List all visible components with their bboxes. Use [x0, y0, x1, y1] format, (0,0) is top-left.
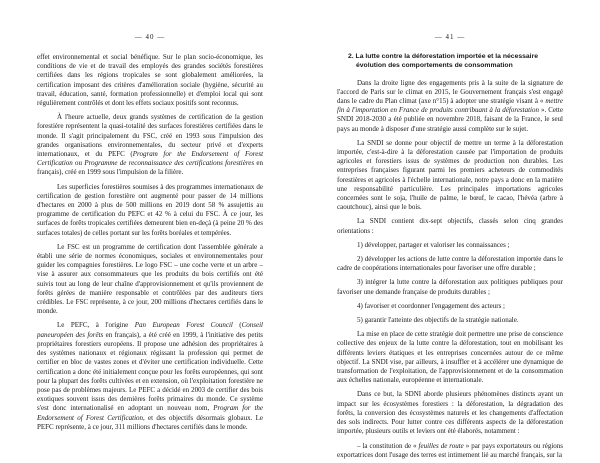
document-spread: — 40 — effet environnemental et social b… [0, 0, 600, 463]
page-body-left: effet environnemental et social bénéfiqu… [37, 53, 263, 432]
paragraph: effet environnemental et social bénéfiqu… [37, 53, 263, 108]
paragraph: 3) intégrer la lutte contre la déforesta… [337, 278, 563, 296]
page-number-left: — 40 — [37, 33, 263, 41]
page-41: — 41 — 2. La lutte contre la déforestati… [300, 0, 600, 463]
paragraph: Le PEFC, à l'origine Pan European Forest… [37, 321, 263, 431]
paragraph: 2) développer les actions de lutte contr… [337, 255, 563, 273]
paragraph: La SNDI se donne pour objectif de mettre… [337, 139, 563, 213]
paragraph: 5) garantir l'atteinte des objectifs de … [337, 316, 563, 325]
paragraph: Dans la droite ligne des engagements pri… [337, 79, 563, 134]
paragraph: La SNDI contient dix-sept objectifs, cla… [337, 217, 563, 235]
paragraph: 1) développer, partager et valoriser les… [337, 241, 563, 250]
paragraph: Le FSC est un programme de certification… [37, 243, 263, 317]
page-40: — 40 — effet environnemental et social b… [0, 0, 300, 463]
paragraph: À l'heure actuelle, deux grands systèmes… [37, 113, 263, 177]
paragraph: – la constitution de « feuilles de route… [337, 442, 563, 460]
page-number-right: — 41 — [337, 33, 563, 41]
section-heading: 2. La lutte contre la déforestation impo… [348, 53, 563, 71]
paragraph: Dans ce but, la SDNI aborde plusieurs ph… [337, 390, 563, 436]
page-body-right: 2. La lutte contre la déforestation impo… [337, 53, 563, 460]
paragraph: La mise en place de cette stratégie doit… [337, 330, 563, 385]
paragraph: Les superficies forestières soumises à d… [37, 183, 263, 238]
paragraph: 4) favoriser et coordonner l'engagement … [337, 302, 563, 311]
